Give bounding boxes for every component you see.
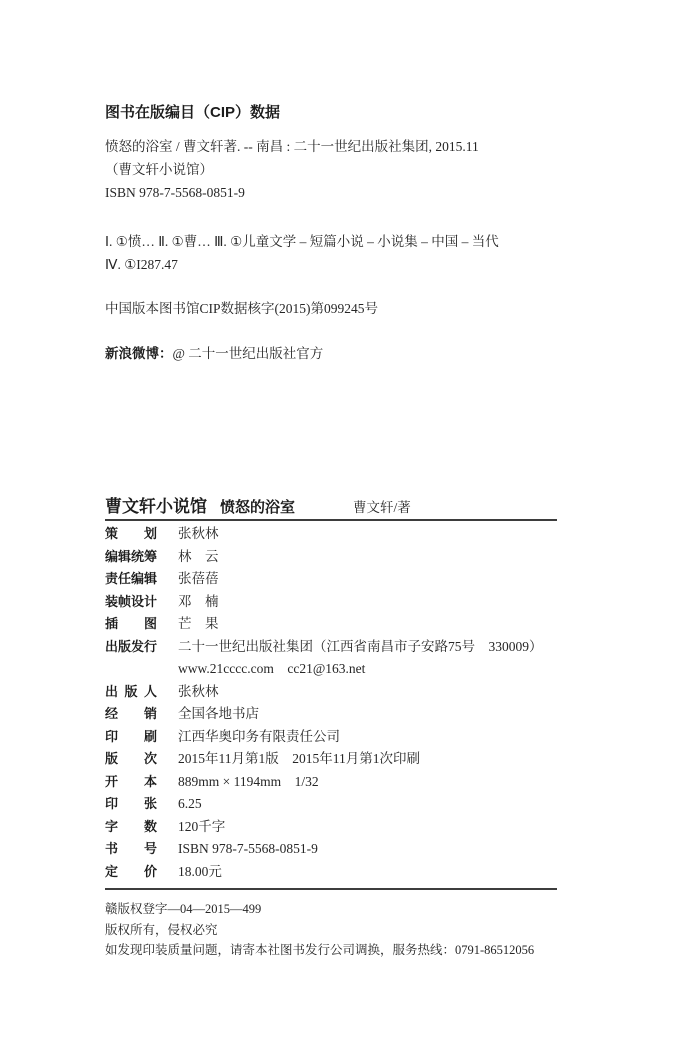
colophon-row-value: 林 云 bbox=[178, 546, 219, 569]
weibo-label: 新浪微博： bbox=[105, 346, 173, 361]
colophon-row-label: 版 次 bbox=[105, 748, 157, 771]
colophon-row: 书 号 ISBN 978-7-5568-0851-9 bbox=[105, 838, 557, 861]
colophon-row: 插 图 芒 果 bbox=[105, 613, 557, 636]
colophon-row-value: www.21cccc.com cc21@163.net bbox=[178, 658, 365, 681]
cip-section: 图书在版编目（CIP）数据 愤怒的浴室 / 曹文轩著. -- 南昌 : 二十一世… bbox=[105, 101, 557, 365]
colophon-row: www.21cccc.com cc21@163.net bbox=[105, 658, 557, 681]
cip-heading: 图书在版编目（CIP）数据 bbox=[105, 101, 557, 122]
colophon-row: 印 刷 江西华奥印务有限责任公司 bbox=[105, 726, 557, 749]
cip-record-line-3: ISBN 978-7-5568-0851-9 bbox=[105, 181, 557, 204]
colophon-row-label: 编辑统筹 bbox=[105, 546, 157, 569]
colophon-rows: 策 划 张秋林 编辑统筹 林 云 责任编辑 张蓓蓓 装帧设计 邓 楠 插 图 芒… bbox=[105, 523, 557, 883]
colophon-row-label: 策 划 bbox=[105, 523, 157, 546]
author-credit: 曹文轩/著 bbox=[353, 501, 411, 515]
colophon-row: 版 次 2015年11月第1版 2015年11月第1次印刷 bbox=[105, 748, 557, 771]
colophon-row-label bbox=[105, 658, 157, 681]
colophon-row-value: 全国各地书店 bbox=[178, 703, 259, 726]
colophon-row-label: 出版发行 bbox=[105, 636, 157, 659]
page-footer: 赣版权登字—04—2015—499 版权所有，侵权必究 如发现印装质量问题，请寄… bbox=[105, 888, 557, 961]
colophon-row-label: 书 号 bbox=[105, 838, 157, 861]
quality-hotline-line: 如发现印装质量问题，请寄本社图书发行公司调换，服务热线：0791-8651205… bbox=[105, 940, 557, 961]
colophon-row: 策 划 张秋林 bbox=[105, 523, 557, 546]
weibo-line: 新浪微博：@ 二十一世纪出版社官方 bbox=[105, 342, 557, 365]
colophon-title-row: 曹文轩小说馆 愤怒的浴室 曹文轩/著 bbox=[105, 495, 557, 521]
series-title: 曹文轩小说馆 bbox=[105, 497, 207, 516]
colophon-row-value: 芒 果 bbox=[178, 613, 219, 636]
colophon-row-label: 字 数 bbox=[105, 816, 157, 839]
book-copyright-page: 图书在版编目（CIP）数据 愤怒的浴室 / 曹文轩著. -- 南昌 : 二十一世… bbox=[0, 0, 700, 1064]
cip-classification-line-2: Ⅳ. ①I287.47 bbox=[105, 253, 557, 276]
colophon-row-value: 6.25 bbox=[178, 793, 202, 816]
colophon-row: 开 本 889mm × 1194mm 1/32 bbox=[105, 771, 557, 794]
colophon-row-label: 出 版 人 bbox=[105, 681, 157, 704]
colophon-row: 字 数 120千字 bbox=[105, 816, 557, 839]
colophon-row-label: 插 图 bbox=[105, 613, 157, 636]
cip-registry-line: 中国版本图书馆CIP数据核字(2015)第099245号 bbox=[105, 297, 557, 320]
colophon-row: 责任编辑 张蓓蓓 bbox=[105, 568, 557, 591]
colophon-row-label: 装帧设计 bbox=[105, 591, 157, 614]
colophon-row-value: 张秋林 bbox=[178, 523, 219, 546]
cip-record-line-2: （曹文轩小说馆） bbox=[105, 158, 557, 181]
colophon-row-value: 邓 楠 bbox=[178, 591, 219, 614]
copyright-registration-line: 赣版权登字—04—2015—499 bbox=[105, 899, 557, 920]
colophon-row-label: 责任编辑 bbox=[105, 568, 157, 591]
colophon-row-label: 开 本 bbox=[105, 771, 157, 794]
colophon-row-value: 张秋林 bbox=[178, 681, 219, 704]
colophon-row: 经 销 全国各地书店 bbox=[105, 703, 557, 726]
cip-record-line-1: 愤怒的浴室 / 曹文轩著. -- 南昌 : 二十一世纪出版社集团, 2015.1… bbox=[105, 135, 557, 158]
colophon-row-value: 江西华奥印务有限责任公司 bbox=[178, 726, 340, 749]
colophon-row-value: 120千字 bbox=[178, 816, 225, 839]
colophon-section: 曹文轩小说馆 愤怒的浴室 曹文轩/著 策 划 张秋林 编辑统筹 林 云 责任编辑… bbox=[105, 495, 557, 883]
colophon-row-label: 印 张 bbox=[105, 793, 157, 816]
colophon-row: 装帧设计 邓 楠 bbox=[105, 591, 557, 614]
colophon-row-value: 18.00元 bbox=[178, 861, 222, 884]
book-title: 愤怒的浴室 bbox=[220, 499, 295, 516]
cip-classification-line-1: Ⅰ. ①愤… Ⅱ. ①曹… Ⅲ. ①儿童文学 – 短篇小说 – 小说集 – 中国… bbox=[105, 230, 557, 253]
colophon-row-value: 889mm × 1194mm 1/32 bbox=[178, 771, 319, 794]
colophon-row: 印 张 6.25 bbox=[105, 793, 557, 816]
colophon-row-label: 印 刷 bbox=[105, 726, 157, 749]
colophon-row-value: ISBN 978-7-5568-0851-9 bbox=[178, 838, 318, 861]
page-content: 图书在版编目（CIP）数据 愤怒的浴室 / 曹文轩著. -- 南昌 : 二十一世… bbox=[105, 0, 557, 961]
colophon-row-label: 定 价 bbox=[105, 861, 157, 884]
colophon-row: 定 价 18.00元 bbox=[105, 861, 557, 884]
colophon-row-value: 2015年11月第1版 2015年11月第1次印刷 bbox=[178, 748, 420, 771]
colophon-row-value: 二十一世纪出版社集团（江西省南昌市子安路75号 330009） bbox=[178, 636, 543, 659]
weibo-handle: @ 二十一世纪出版社官方 bbox=[173, 346, 324, 361]
colophon-row-label: 经 销 bbox=[105, 703, 157, 726]
colophon-row: 出版发行 二十一世纪出版社集团（江西省南昌市子安路75号 330009） bbox=[105, 636, 557, 659]
colophon-row: 出 版 人 张秋林 bbox=[105, 681, 557, 704]
colophon-row: 编辑统筹 林 云 bbox=[105, 546, 557, 569]
all-rights-reserved-line: 版权所有，侵权必究 bbox=[105, 920, 557, 941]
colophon-row-value: 张蓓蓓 bbox=[178, 568, 219, 591]
